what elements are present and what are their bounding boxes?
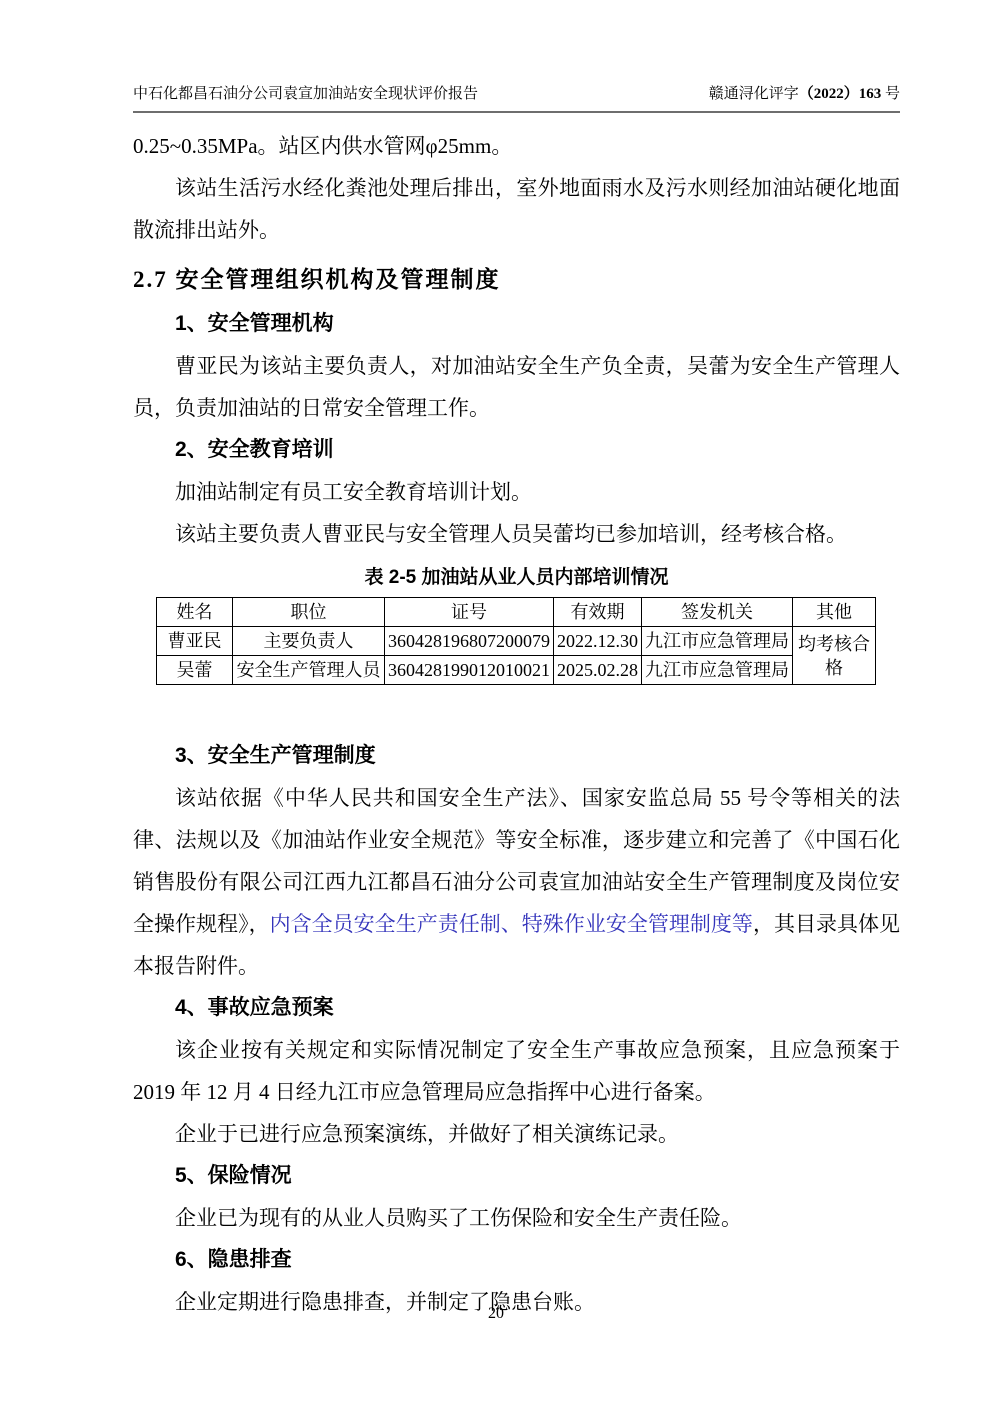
cell-cert-number: 360428196807200079	[385, 627, 554, 656]
page-header: 中石化都昌石油分公司袁宣加油站安全现状评价报告 赣通浔化评字（2022）163 …	[133, 0, 900, 113]
safety-rules-highlight-blue: 内含全员安全生产责任制、特殊作业安全管理制度等	[270, 912, 753, 936]
header-doc-number-bold: （2022）163	[799, 86, 882, 102]
header-doc-number-prefix: 赣通浔化评字	[709, 86, 799, 102]
table-row: 曹亚民 主要负责人 360428196807200079 2022.12.30 …	[157, 627, 876, 656]
cell-other-merged: 均考核合格	[793, 627, 876, 685]
paragraph-safety-rules: 该站依据《中华人民共和国安全生产法》、国家安监总局 55 号令等相关的法律、法规…	[133, 777, 900, 987]
col-header-cert-number: 证号	[385, 598, 554, 627]
col-header-validity: 有效期	[554, 598, 642, 627]
col-header-issuer: 签发机关	[642, 598, 793, 627]
cell-issuer: 九江市应急管理局	[642, 627, 793, 656]
header-report-title: 中石化都昌石油分公司袁宣加油站安全现状评价报告	[133, 84, 478, 104]
subheading-1-safety-org: 1、安全管理机构	[133, 303, 900, 345]
paragraph-safety-org: 曹亚民为该站主要负责人，对加油站安全生产负全责，吴蕾为安全生产管理人员，负责加油…	[133, 345, 900, 429]
paragraph-insurance: 企业已为现有的从业人员购买了工伤保险和安全生产责任险。	[133, 1197, 900, 1239]
cell-position: 安全生产管理人员	[233, 656, 385, 685]
header-doc-number: 赣通浔化评字（2022）163 号	[709, 84, 900, 104]
col-header-name: 姓名	[157, 598, 233, 627]
subheading-6-hazard-inspection: 6、隐患排查	[133, 1239, 900, 1281]
subheading-4-emergency-plan: 4、事故应急预案	[133, 987, 900, 1029]
paragraph-emergency-drill: 企业于已进行应急预案演练，并做好了相关演练记录。	[133, 1113, 900, 1155]
paragraph-water-pressure: 0.25~0.35MPa。站区内供水管网φ25mm。	[133, 125, 900, 167]
table-row: 吴蕾 安全生产管理人员 360428199012010021 2025.02.2…	[157, 656, 876, 685]
col-header-other: 其他	[793, 598, 876, 627]
cell-cert-number: 360428199012010021	[385, 656, 554, 685]
subheading-3-safety-rules: 3、安全生产管理制度	[133, 735, 900, 777]
paragraph-sewage: 该站生活污水经化粪池处理后排出，室外地面雨水及污水则经加油站硬化地面散流排出站外…	[133, 167, 900, 251]
subheading-2-safety-training: 2、安全教育培训	[133, 429, 900, 471]
cell-name: 曹亚民	[157, 627, 233, 656]
document-body: 0.25~0.35MPa。站区内供水管网φ25mm。 该站生活污水经化粪池处理后…	[133, 113, 900, 1323]
header-doc-number-suffix: 号	[881, 86, 900, 102]
table-header-row: 姓名 职位 证号 有效期 签发机关 其他	[157, 598, 876, 627]
subheading-5-insurance: 5、保险情况	[133, 1155, 900, 1197]
training-table: 姓名 职位 证号 有效期 签发机关 其他 曹亚民 主要负责人 360428196…	[156, 597, 876, 685]
document-page: 中石化都昌石油分公司袁宣加油站安全现状评价报告 赣通浔化评字（2022）163 …	[0, 0, 992, 1403]
paragraph-training-plan: 加油站制定有员工安全教育培训计划。	[133, 471, 900, 513]
cell-issuer: 九江市应急管理局	[642, 656, 793, 685]
cell-validity: 2022.12.30	[554, 627, 642, 656]
col-header-position: 职位	[233, 598, 385, 627]
table-2-5-title: 表 2-5 加油站从业人员内部培训情况	[133, 563, 900, 593]
paragraph-emergency-plan: 该企业按有关规定和实际情况制定了安全生产事故应急预案，且应急预案于 2019 年…	[133, 1029, 900, 1113]
spacer	[133, 685, 900, 735]
cell-validity: 2025.02.28	[554, 656, 642, 685]
paragraph-training-passed: 该站主要负责人曹亚民与安全管理人员吴蕾均已参加培训，经考核合格。	[133, 513, 900, 555]
section-heading-2-7: 2.7 安全管理组织机构及管理制度	[133, 259, 900, 301]
cell-name: 吴蕾	[157, 656, 233, 685]
page-number: 20	[0, 1305, 992, 1323]
cell-position: 主要负责人	[233, 627, 385, 656]
